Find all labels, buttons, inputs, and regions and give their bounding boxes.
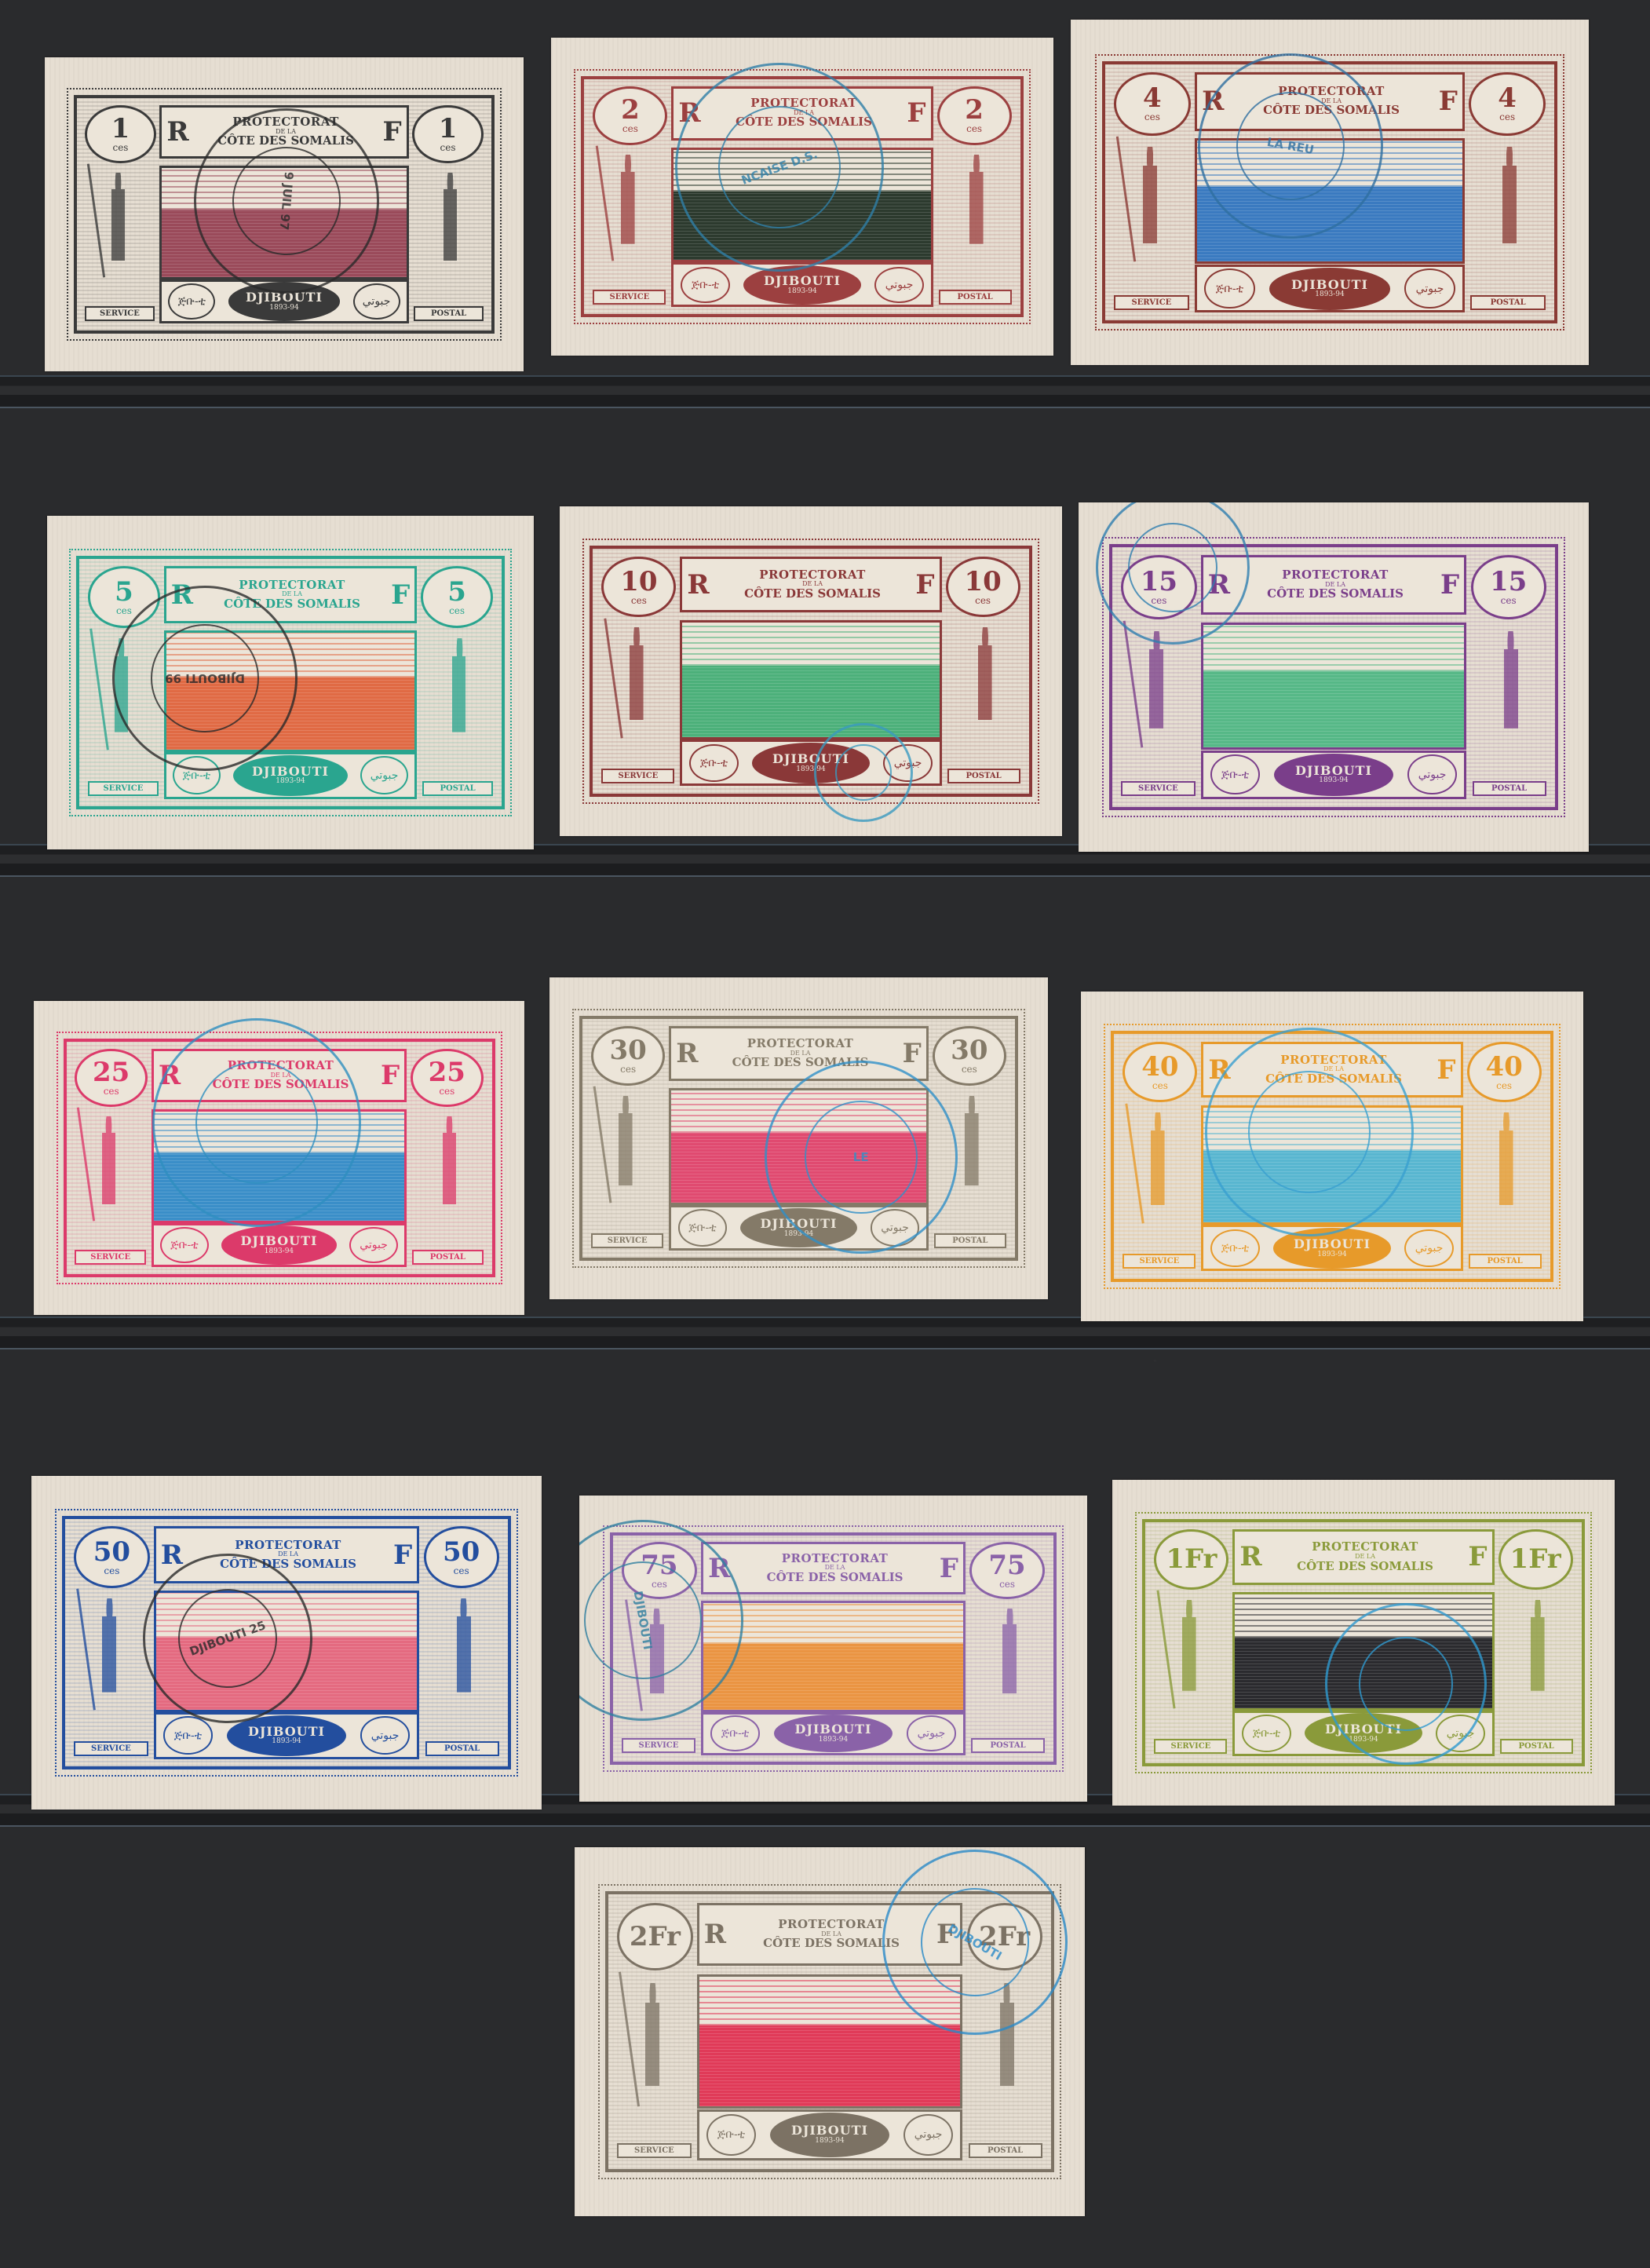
postal-label: POSTAL — [934, 1233, 1006, 1248]
value-tablet-left: 10 ces — [601, 557, 676, 618]
stamp-4[interactable]: 4 ces R PROTECTORAT DE LA CÔTE DES SOMAL… — [1071, 20, 1589, 365]
stamp-footer: ጅቡ-ቲ DJIBOUTI 1893-94 جبوتي — [1232, 1711, 1494, 1756]
warrior-figure-right — [1472, 1103, 1542, 1230]
vignette-town — [699, 2025, 960, 2105]
service-label: SERVICE — [591, 1233, 663, 1248]
city-name: DJIBOUTI — [764, 275, 841, 288]
harbor-vignette — [669, 1088, 929, 1205]
value-tablet-left: 1Fr — [1154, 1529, 1228, 1590]
vignette-sky — [671, 1090, 926, 1133]
stamp-40[interactable]: 40 ces R PROTECTORAT DE LA CÔTE DES SOMA… — [1081, 992, 1583, 1321]
denomination-unit: ces — [966, 123, 982, 134]
value-tablet-left: 75 ces — [622, 1542, 697, 1598]
denomination-unit: ces — [631, 595, 647, 606]
monogram-f: F — [907, 97, 925, 129]
amharic-oval: ጅቡ-ቲ — [160, 1227, 208, 1263]
warrior-icon — [968, 627, 1002, 734]
header-protectorat: PROTECTORAT — [736, 97, 872, 110]
monogram-r: R — [1202, 86, 1224, 117]
denomination: 2 — [621, 97, 640, 123]
issue-years: 1893-94 — [272, 1738, 301, 1745]
warrior-figure-right — [1503, 1590, 1573, 1715]
city-cartouche: DJIBOUTI 1893-94 — [740, 1208, 857, 1247]
stamp-frame: 1 ces R PROTECTORAT DE LA CÔTE DES SOMAL… — [74, 95, 495, 334]
warrior-figure-right — [425, 628, 493, 757]
warrior-icon — [1172, 1600, 1206, 1705]
city-cartouche: DJIBOUTI 1893-94 — [752, 743, 870, 783]
arabic-oval: جبوتي — [1404, 1229, 1454, 1267]
denomination-unit: ces — [1144, 111, 1160, 122]
denomination: 5 — [115, 579, 133, 605]
denomination-unit: ces — [1151, 595, 1166, 606]
header-cote: CÔTE DES SOMALIS — [1267, 588, 1404, 601]
header-protectorat: PROTECTORAT — [744, 569, 881, 582]
monogram-r: R — [687, 569, 709, 601]
header-protectorat: PROTECTORAT — [1263, 86, 1400, 98]
arabic-oval: جبوتي — [360, 1716, 411, 1755]
warrior-icon — [446, 1598, 481, 1707]
harbor-vignette — [159, 166, 408, 279]
stamp-header: R PROTECTORAT DE LA CÔTE DES SOMALIS F — [1195, 72, 1465, 131]
header-title: PROTECTORAT DE LA CÔTE DES SOMALIS — [213, 1060, 349, 1091]
value-tablet-right: 75 ces — [969, 1542, 1045, 1598]
stamp-frame: 75 ces R PROTECTORAT DE LA CÔTE DES SOMA… — [610, 1532, 1057, 1765]
denomination-unit: ces — [104, 1565, 119, 1576]
header-protectorat: PROTECTORAT — [763, 1919, 900, 1931]
postal-label: POSTAL — [1470, 295, 1546, 310]
stamp-frame: 40 ces R PROTECTORAT DE LA CÔTE DES SOMA… — [1111, 1031, 1553, 1281]
denomination: 1 — [439, 115, 458, 142]
stamp-1[interactable]: 1 ces R PROTECTORAT DE LA CÔTE DES SOMAL… — [45, 57, 524, 371]
warrior-figure-left — [74, 1588, 144, 1717]
stamp-1fr[interactable]: 1Fr R PROTECTORAT DE LA CÔTE DES SOMALIS… — [1112, 1480, 1615, 1806]
city-name: DJIBOUTI — [760, 1218, 837, 1231]
vignette-sky — [166, 633, 415, 677]
city-name: DJIBOUTI — [248, 1726, 325, 1739]
denomination: 10 — [620, 568, 657, 595]
warrior-icon — [433, 1116, 466, 1218]
denomination-unit: ces — [620, 1064, 636, 1075]
header-cote: CÔTE DES SOMALIS — [220, 1558, 356, 1571]
warrior-icon — [1493, 631, 1528, 744]
service-label: SERVICE — [85, 306, 155, 321]
city-cartouche: DJIBOUTI 1893-94 — [1269, 268, 1391, 310]
stamp-30[interactable]: 30 ces R PROTECTORAT DE LA CÔTE DES SOMA… — [549, 977, 1048, 1299]
warrior-icon — [1141, 1112, 1175, 1219]
denomination: 1Fr — [1510, 1546, 1561, 1572]
arabic-oval: جبوتي — [1407, 754, 1458, 794]
warrior-icon — [92, 1116, 126, 1218]
issue-years: 1893-94 — [819, 1737, 848, 1744]
stamp-header: R PROTECTORAT DE LA CÔTE DES SOMALIS F — [697, 1903, 962, 1966]
denomination: 5 — [447, 579, 466, 605]
denomination: 1Fr — [1166, 1546, 1217, 1572]
warrior-figure-right — [974, 1599, 1045, 1717]
stamp-25[interactable]: 25 ces R PROTECTORAT DE LA CÔTE DES SOMA… — [34, 1001, 524, 1315]
warrior-icon — [989, 1983, 1024, 2103]
header-title: PROTECTORAT DE LA CÔTE DES SOMALIS — [224, 579, 360, 611]
postal-label: POSTAL — [939, 290, 1012, 305]
header-protectorat: PROTECTORAT — [1265, 1054, 1402, 1067]
stamp-50[interactable]: 50 ces R PROTECTORAT DE LA CÔTE DES SOMA… — [31, 1476, 542, 1810]
header-title: PROTECTORAT DE LA CÔTE DES SOMALIS — [763, 1919, 900, 1950]
stamp-2[interactable]: 2 ces R PROTECTORAT DE LA CÔTE DES SOMAL… — [551, 38, 1053, 356]
city-cartouche: DJIBOUTI 1893-94 — [743, 265, 861, 305]
service-label: SERVICE — [75, 1250, 146, 1265]
monogram-r: R — [708, 1553, 730, 1584]
issue-years: 1893-94 — [1317, 1251, 1346, 1258]
service-label: SERVICE — [593, 290, 666, 305]
vignette-sky — [703, 1603, 963, 1643]
header-title: PROTECTORAT DE LA CÔTE DES SOMALIS — [736, 97, 872, 129]
warrior-icon — [635, 1983, 670, 2103]
amharic-oval: ጅቡ-ቲ — [681, 267, 730, 304]
harbor-vignette — [671, 148, 933, 263]
header-title: PROTECTORAT DE LA CÔTE DES SOMALIS — [1263, 86, 1400, 117]
warrior-figure-right — [937, 1086, 1006, 1210]
city-cartouche: DJIBOUTI 1893-94 — [1274, 754, 1393, 796]
monogram-r: R — [1239, 1541, 1261, 1572]
warrior-figure-right — [429, 1588, 499, 1717]
stamp-10[interactable]: 10 ces R PROTECTORAT DE LA CÔTE DES SOMA… — [560, 506, 1062, 836]
denomination-unit: ces — [999, 1579, 1015, 1590]
city-cartouche: DJIBOUTI 1893-94 — [228, 282, 341, 320]
header-cote: CÔTE DES SOMALIS — [736, 116, 872, 129]
stamp-frame: 2Fr R PROTECTORAT DE LA CÔTE DES SOMALIS… — [605, 1891, 1054, 2171]
denomination-unit: ces — [1496, 1080, 1512, 1091]
denomination-unit: ces — [1152, 1080, 1168, 1091]
city-name: DJIBOUTI — [252, 765, 329, 779]
warrior-icon — [1132, 147, 1168, 259]
vignette-sky — [156, 1593, 417, 1637]
warrior-figure-left — [1121, 620, 1192, 755]
city-name: DJIBOUTI — [1295, 765, 1372, 778]
warrior-figure-left — [622, 1599, 692, 1717]
vignette-town — [1203, 671, 1464, 747]
header-cote: CÔTE DES SOMALIS — [767, 1572, 903, 1584]
issue-years: 1893-94 — [265, 1248, 294, 1255]
warrior-icon — [433, 173, 466, 274]
warrior-figure-left — [75, 1107, 143, 1228]
city-cartouche: DJIBOUTI 1893-94 — [1273, 1228, 1391, 1268]
monogram-f: F — [381, 1060, 400, 1091]
vignette-town — [154, 1153, 404, 1221]
harbor-vignette — [164, 630, 418, 751]
header-protectorat: PROTECTORAT — [1297, 1541, 1433, 1554]
postal-label: POSTAL — [412, 1250, 484, 1265]
denomination: 2 — [965, 97, 984, 123]
harbor-vignette — [1195, 138, 1465, 264]
header-protectorat: PROTECTORAT — [220, 1539, 356, 1552]
arabic-oval: جبوتي — [874, 267, 924, 304]
monogram-f: F — [936, 1919, 955, 1950]
warrior-figure-left — [593, 145, 663, 268]
stamp-footer: ጅቡ-ቲ DJIBOUTI 1893-94 جبوتي — [1201, 1225, 1462, 1271]
arabic-oval: جبوتي — [871, 1209, 919, 1246]
issue-years: 1893-94 — [1315, 291, 1344, 298]
stamp-15[interactable]: 15 ces R PROTECTORAT DE LA CÔTE DES SOMA… — [1079, 502, 1589, 852]
denomination: 10 — [964, 568, 1001, 595]
denomination: 1 — [111, 115, 130, 142]
stamp-header: R PROTECTORAT DE LA CÔTE DES SOMALIS F — [669, 1026, 929, 1081]
stamp-footer: ጅቡ-ቲ DJIBOUTI 1893-94 جبوتي — [159, 279, 408, 323]
vignette-sky — [1203, 625, 1464, 671]
vignette-sky — [1197, 141, 1462, 187]
postal-label: POSTAL — [947, 769, 1020, 783]
value-tablet-right: 25 ces — [411, 1049, 484, 1107]
header-cote: CÔTE DES SOMALIS — [732, 1057, 869, 1069]
postal-label: POSTAL — [414, 306, 484, 321]
monogram-r: R — [1208, 1054, 1230, 1086]
arabic-oval: جبوتي — [1436, 1715, 1485, 1752]
warrior-icon — [104, 638, 138, 747]
warrior-icon — [955, 1096, 989, 1200]
arabic-oval: جبوتي — [360, 756, 408, 794]
stamp-footer: ጅቡ-ቲ DJIBOUTI 1893-94 جبوتي — [1201, 751, 1466, 799]
stamp-header: R PROTECTORAT DE LA CÔTE DES SOMALIS F — [1232, 1529, 1494, 1585]
value-tablet-right: 2 ces — [937, 86, 1012, 145]
service-label: SERVICE — [1121, 781, 1195, 796]
value-tablet-left: 2Fr — [617, 1903, 692, 1970]
service-label: SERVICE — [74, 1741, 148, 1756]
harbor-vignette — [1232, 1592, 1494, 1711]
vignette-sky — [1235, 1594, 1491, 1638]
stamp-frame: 50 ces R PROTECTORAT DE LA CÔTE DES SOMA… — [62, 1516, 511, 1769]
warrior-figure-right — [1476, 620, 1546, 755]
value-tablet-left: 50 ces — [74, 1526, 149, 1587]
monogram-f: F — [383, 116, 402, 148]
vignette-town — [162, 210, 406, 277]
header-title: PROTECTORAT DE LA CÔTE DES SOMALIS — [1267, 569, 1404, 601]
denomination: 25 — [429, 1059, 465, 1086]
stamp-footer: ጅቡ-ቲ DJIBOUTI 1893-94 جبوتي — [151, 1223, 407, 1267]
stamp-5[interactable]: 5 ces R PROTECTORAT DE LA CÔTE DES SOMAL… — [47, 516, 534, 849]
header-title: PROTECTORAT DE LA CÔTE DES SOMALIS — [1265, 1054, 1402, 1086]
vignette-town — [674, 192, 930, 260]
value-tablet-left: 30 ces — [591, 1026, 665, 1086]
monogram-f: F — [915, 569, 934, 601]
warrior-figure-left — [601, 618, 671, 745]
header-title: PROTECTORAT DE LA CÔTE DES SOMALIS — [732, 1038, 869, 1069]
stamp-header: R PROTECTORAT DE LA CÔTE DES SOMALIS F — [154, 1526, 419, 1583]
header-protectorat: PROTECTORAT — [732, 1038, 869, 1050]
postal-label: POSTAL — [969, 2143, 1042, 2158]
stamp-header: R PROTECTORAT DE LA CÔTE DES SOMALIS F — [701, 1542, 966, 1594]
service-label: SERVICE — [617, 2143, 691, 2158]
denomination: 75 — [641, 1552, 677, 1579]
amharic-oval: ጅቡ-ቲ — [678, 1209, 727, 1246]
monogram-f: F — [1468, 1541, 1487, 1572]
warrior-figure-left — [1154, 1590, 1224, 1715]
stamp-footer: ጅቡ-ቲ DJIBOUTI 1893-94 جبوتي — [697, 2109, 962, 2160]
harbor-vignette — [680, 620, 941, 740]
amharic-oval: ጅቡ-ቲ — [1204, 268, 1255, 309]
denomination: 40 — [1141, 1054, 1178, 1080]
warrior-icon — [1520, 1600, 1555, 1705]
stamp-footer: ጅቡ-ቲ DJIBOUTI 1893-94 جبوتي — [680, 740, 941, 786]
city-name: DJIBOUTI — [772, 753, 849, 766]
warrior-icon — [1139, 631, 1174, 744]
header-cote: CÔTE DES SOMALIS — [213, 1079, 349, 1091]
city-cartouche: DJIBOUTI 1893-94 — [227, 1715, 346, 1756]
harbor-vignette — [1201, 623, 1466, 750]
amharic-oval: ጅቡ-ቲ — [689, 744, 739, 782]
city-cartouche: DJIBOUTI 1893-94 — [233, 755, 347, 796]
header-title: PROTECTORAT DE LA CÔTE DES SOMALIS — [1297, 1541, 1433, 1572]
stamp-footer: ጅቡ-ቲ DJIBOUTI 1893-94 جبوتي — [701, 1712, 966, 1755]
stamp-header: R PROTECTORAT DE LA CÔTE DES SOMALIS F — [151, 1049, 407, 1102]
header-cote: CÔTE DES SOMALIS — [1265, 1073, 1402, 1086]
stamp-header: R PROTECTORAT DE LA CÔTE DES SOMALIS F — [159, 105, 408, 159]
arabic-oval: جبوتي — [907, 1715, 957, 1751]
monogram-f: F — [940, 1553, 958, 1584]
header-title: PROTECTORAT DE LA CÔTE DES SOMALIS — [744, 569, 881, 601]
denomination-unit: ces — [652, 1579, 667, 1590]
denomination-unit: ces — [1499, 111, 1515, 122]
value-tablet-left: 15 ces — [1121, 555, 1196, 619]
warrior-icon — [101, 173, 134, 274]
vignette-sky — [1203, 1108, 1460, 1152]
monogram-f: F — [391, 579, 410, 611]
harbor-vignette — [697, 1974, 962, 2109]
denomination-unit: ces — [449, 605, 465, 616]
warrior-figure-right — [415, 1107, 484, 1228]
warrior-figure-left — [591, 1086, 660, 1210]
harbor-vignette — [701, 1601, 966, 1711]
header-title: PROTECTORAT DE LA CÔTE DES SOMALIS — [217, 116, 354, 148]
value-tablet-left: 5 ces — [88, 566, 160, 627]
warrior-icon — [639, 1609, 674, 1707]
value-tablet-right: 40 ces — [1467, 1042, 1542, 1103]
arabic-oval: جبوتي — [353, 283, 400, 320]
vignette-town — [156, 1638, 417, 1710]
stamp-footer: ጅቡ-ቲ DJIBOUTI 1893-94 جبوتي — [164, 752, 418, 799]
stamp-header: R PROTECTORAT DE LA CÔTE DES SOMALIS F — [1201, 1042, 1462, 1098]
header-protectorat: PROTECTORAT — [217, 116, 354, 129]
value-tablet-left: 40 ces — [1123, 1042, 1197, 1103]
vignette-sky — [154, 1112, 404, 1153]
amharic-oval: ጅቡ-ቲ — [1210, 754, 1261, 794]
stamp-frame: 10 ces R PROTECTORAT DE LA CÔTE DES SOMA… — [590, 546, 1031, 796]
monogram-r: R — [171, 579, 193, 611]
denomination-unit: ces — [962, 1064, 977, 1075]
issue-years: 1893-94 — [787, 288, 816, 295]
denomination: 50 — [443, 1539, 480, 1565]
arabic-oval: جبوتي — [903, 2114, 954, 2157]
postal-label: POSTAL — [1469, 1254, 1542, 1269]
city-name: DJIBOUTI — [794, 1723, 871, 1737]
denomination: 30 — [951, 1037, 987, 1064]
city-name: DJIBOUTI — [1291, 279, 1368, 292]
denomination: 2Fr — [979, 1923, 1030, 1950]
issue-years: 1893-94 — [784, 1231, 813, 1238]
denomination: 4 — [1143, 85, 1162, 111]
stamp-75[interactable]: 75 ces R PROTECTORAT DE LA CÔTE DES SOMA… — [579, 1496, 1087, 1802]
header-cote: CÔTE DES SOMALIS — [224, 598, 360, 611]
stamp-2fr[interactable]: 2Fr R PROTECTORAT DE LA CÔTE DES SOMALIS… — [575, 1847, 1085, 2216]
monogram-r: R — [1208, 569, 1230, 601]
denomination: 40 — [1485, 1054, 1522, 1080]
vignette-town — [671, 1133, 926, 1203]
stamp-frame: 25 ces R PROTECTORAT DE LA CÔTE DES SOMA… — [64, 1039, 495, 1277]
header-cote: CÔTE DES SOMALIS — [1263, 104, 1400, 117]
stamp-footer: ጅቡ-ቲ DJIBOUTI 1893-94 جبوتي — [669, 1205, 929, 1251]
stamp-frame: 4 ces R PROTECTORAT DE LA CÔTE DES SOMAL… — [1102, 61, 1558, 323]
service-label: SERVICE — [88, 781, 159, 796]
value-tablet-left: 1 ces — [85, 105, 156, 163]
postal-label: POSTAL — [971, 1738, 1045, 1753]
header-protectorat: PROTECTORAT — [1267, 569, 1404, 582]
denomination-unit: ces — [440, 142, 456, 153]
header-cote: CÔTE DES SOMALIS — [217, 135, 354, 148]
header-title: PROTECTORAT DE LA CÔTE DES SOMALIS — [220, 1539, 356, 1571]
harbor-vignette — [154, 1591, 419, 1711]
city-name: DJIBOUTI — [1294, 1238, 1371, 1251]
amharic-oval: ጅቡ-ቲ — [163, 1716, 214, 1755]
stamp-header: R PROTECTORAT DE LA CÔTE DES SOMALIS F — [671, 86, 933, 141]
warrior-icon — [608, 1096, 643, 1200]
harbor-vignette — [151, 1109, 407, 1223]
service-label: SERVICE — [1123, 1254, 1196, 1269]
denomination: 15 — [1141, 568, 1177, 595]
denomination: 2Fr — [630, 1923, 681, 1950]
value-tablet-right: 50 ces — [424, 1526, 499, 1587]
mount-strip — [0, 1317, 1650, 1349]
amharic-oval: ጅቡ-ቲ — [710, 1715, 761, 1751]
service-label: SERVICE — [622, 1738, 695, 1753]
issue-years: 1893-94 — [815, 2138, 844, 2145]
city-cartouche: DJIBOUTI 1893-94 — [770, 2113, 889, 2157]
denomination: 15 — [1490, 568, 1527, 595]
monogram-f: F — [1439, 86, 1458, 117]
value-tablet-right: 2Fr — [967, 1903, 1042, 1970]
value-tablet-right: 15 ces — [1471, 555, 1546, 619]
warrior-icon — [92, 1598, 127, 1707]
monogram-r: R — [166, 116, 188, 148]
stamp-header: R PROTECTORAT DE LA CÔTE DES SOMALIS F — [680, 557, 941, 613]
denomination-unit: ces — [454, 1565, 469, 1576]
stamp-footer: ጅቡ-ቲ DJIBOUTI 1893-94 جبوتي — [154, 1712, 419, 1759]
monogram-r: R — [704, 1919, 726, 1950]
warrior-figure-right — [1473, 136, 1546, 269]
stamp-frame: 30 ces R PROTECTORAT DE LA CÔTE DES SOMA… — [579, 1016, 1018, 1261]
city-cartouche: DJIBOUTI 1893-94 — [221, 1225, 336, 1264]
stamp-frame: 2 ces R PROTECTORAT DE LA CÔTE DES SOMAL… — [581, 76, 1023, 318]
denomination-unit: ces — [112, 142, 128, 153]
city-name: DJIBOUTI — [1325, 1723, 1402, 1737]
warrior-figure-right — [942, 145, 1012, 268]
monogram-r: R — [161, 1539, 183, 1571]
denomination-unit: ces — [1501, 595, 1517, 606]
warrior-icon — [1491, 147, 1528, 259]
warrior-icon — [1489, 1112, 1524, 1219]
value-tablet-right: 4 ces — [1469, 72, 1546, 136]
vignette-town — [682, 666, 939, 737]
warrior-figure-left — [85, 163, 151, 284]
stamp-footer: ጅቡ-ቲ DJIBOUTI 1893-94 جبوتي — [1195, 265, 1465, 312]
vignette-town — [703, 1644, 963, 1710]
monogram-f: F — [1440, 569, 1459, 601]
vignette-town — [1203, 1151, 1460, 1222]
issue-years: 1893-94 — [276, 778, 305, 785]
issue-years: 1893-94 — [1349, 1737, 1378, 1744]
amharic-oval: ጅቡ-ቲ — [173, 756, 221, 794]
stamp-header: R PROTECTORAT DE LA CÔTE DES SOMALIS F — [164, 566, 418, 623]
value-tablet-left: 25 ces — [75, 1049, 148, 1107]
arabic-oval: جبوتي — [883, 744, 933, 782]
warrior-icon — [611, 155, 645, 257]
value-tablet-right: 5 ces — [421, 566, 493, 627]
